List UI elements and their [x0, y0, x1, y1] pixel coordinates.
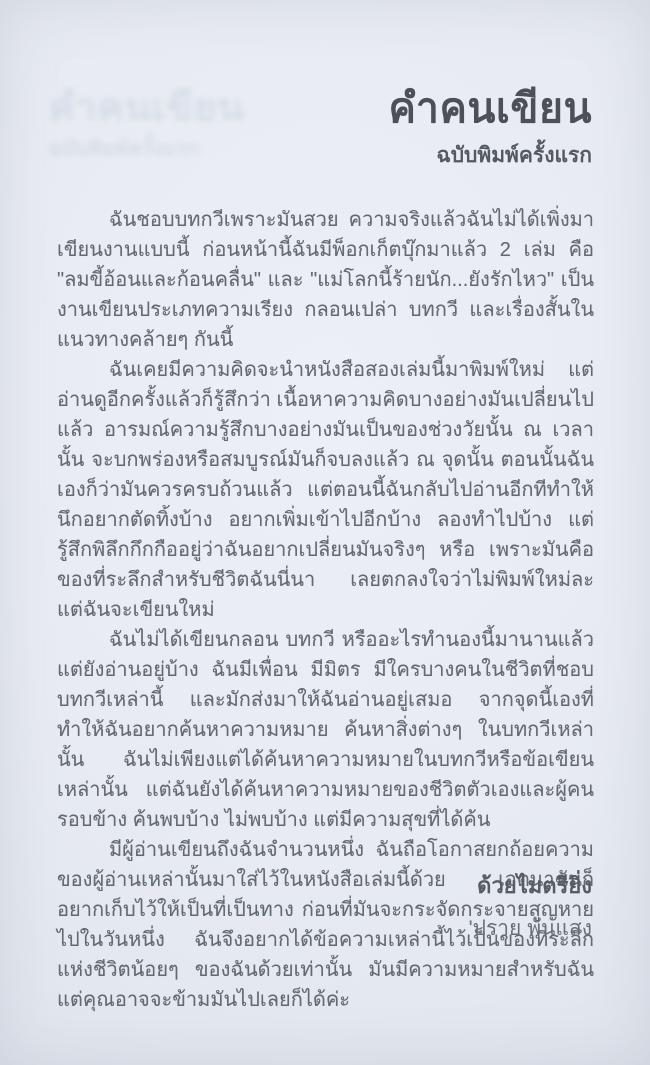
signoff-line: ด้วยไมตรียิ่ง: [469, 868, 592, 903]
page-subtitle: ฉบับพิมพ์ครั้งแรก: [389, 139, 593, 172]
book-page-photo: คำคนเขียน ฉบับพิมพ์ครั้งแรก คำคนเขียน ฉบ…: [0, 0, 650, 1065]
paragraph-2: ฉันเคยมีความคิดจะนำหนังสือสองเล่มนี้มาพิ…: [57, 355, 594, 625]
author-name: 'ปราย พันแสง: [469, 912, 592, 945]
bleedthrough-ghost-text: คำคนเขียน ฉบับพิมพ์ครั้งแรก: [49, 88, 386, 160]
title-block: คำคนเขียน ฉบับพิมพ์ครั้งแรก: [389, 88, 593, 172]
paragraph-1: ฉันชอบบทกวีเพราะมันสวย ความจริงแล้วฉันไม…: [57, 205, 594, 355]
page-title: คำคนเขียน: [389, 88, 593, 129]
bleedthrough-title: คำคนเขียน: [49, 88, 386, 130]
bleedthrough-subtitle: ฉบับพิมพ์ครั้งแรก: [49, 138, 386, 160]
signature-block: ด้วยไมตรียิ่ง 'ปราย พันแสง: [469, 868, 592, 945]
paragraph-3: ฉันไม่ได้เขียนกลอน บทกวี หรืออะไรทำนองนี…: [57, 625, 594, 835]
